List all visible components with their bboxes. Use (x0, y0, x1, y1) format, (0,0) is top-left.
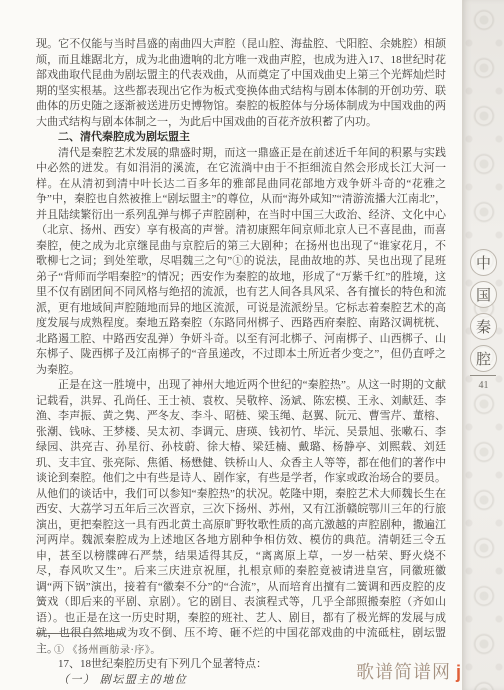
side-title-char-zhong: 中 (470, 249, 497, 276)
footnote-citation: ① 《扬州画舫录·序》。 (54, 641, 161, 656)
paragraph-opening-continuation: 现。它不仅能与当时昌盛的南曲四大声腔（昆山腔、海盐腔、弋阳腔、余姚腔）相颉颃，而… (36, 37, 446, 130)
page-number-rule (470, 375, 496, 376)
book-side-title: 中 国 秦 腔 (470, 249, 497, 372)
side-title-char-guo: 国 (470, 281, 497, 308)
side-title-char-qiang: 腔 (470, 345, 497, 372)
watermark-site-name: 歌谱简谱网 (356, 662, 451, 682)
footnote-divider (36, 633, 122, 634)
main-text-column: 现。它不仅能与当时昌盛的南曲四大声腔（昆山腔、海盐腔、弋阳腔、余姚腔）相颉颃，而… (36, 37, 446, 688)
side-title-char-qin: 秦 (470, 313, 497, 340)
section-heading: 二、清代秦腔成为剧坛盟主 (36, 130, 446, 146)
paragraph-qing-dynasty: 清代是秦腔艺术发展的鼎盛时期，而这一鼎盛正是在前述近千年间的积累与实践中必然的迸… (36, 146, 446, 379)
page-number: 41 (463, 380, 504, 391)
paragraph-qinqiang-fever: 正是在这一胜境中，出现了神州大地近两个世纪的“秦腔热”。从这一时期的文献记载看，… (36, 378, 446, 657)
